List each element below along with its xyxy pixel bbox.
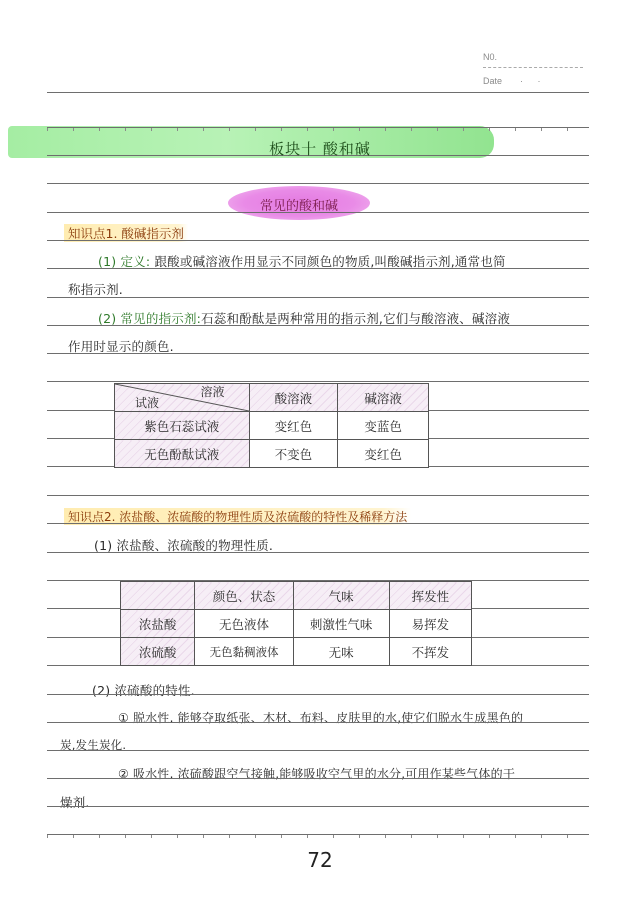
indicator-table: 溶液 试液 酸溶液 碱溶液 紫色石蕊试液 变红色 变蓝色 无色酚酞试液 不变色 … — [114, 383, 429, 468]
section-title: 板块十 酸和碱 — [0, 138, 640, 159]
table-cell: 无色液体 — [195, 610, 293, 638]
table-cell: 变蓝色 — [338, 412, 429, 440]
page-number: 72 — [0, 848, 640, 872]
table-cell: 不挥发 — [389, 638, 471, 666]
corner-header-solution: 溶液 — [201, 383, 225, 400]
ruled-line — [47, 353, 589, 354]
ruled-line — [47, 806, 589, 807]
table-cell: 刺激性气味 — [293, 610, 389, 638]
row-header: 浓盐酸 — [121, 610, 195, 638]
table-corner-cell: 溶液 试液 — [115, 384, 250, 412]
table-row: 浓硫酸 无色黏稠液体 无味 不挥发 — [121, 638, 472, 666]
column-header: 颜色、状态 — [195, 582, 293, 610]
ruled-line — [47, 297, 589, 298]
ruled-line — [47, 750, 589, 751]
acid-properties-table: 颜色、状态 气味 挥发性 浓盐酸 无色液体 刺激性气味 易挥发 浓硫酸 无色黏稠… — [120, 581, 472, 666]
ruled-line — [47, 694, 589, 695]
table-row: 紫色石蕊试液 变红色 变蓝色 — [115, 412, 429, 440]
ruled-line — [47, 183, 589, 184]
row-header: 无色酚酞试液 — [115, 440, 250, 468]
number-field-dotted-line — [483, 67, 583, 68]
column-header: 挥发性 — [389, 582, 471, 610]
corner-header-reagent: 试液 — [135, 394, 159, 411]
ruled-line — [47, 523, 589, 524]
table-cell: 不变色 — [249, 440, 338, 468]
ruled-line — [47, 240, 589, 241]
date-label: Date· · — [483, 76, 547, 86]
hygroscopic-line1: ② 吸水性. 浓硫酸跟空气接触,能够吸收空气里的水分,可用作某些气体的干 — [118, 765, 515, 782]
table-corner-cell — [121, 582, 195, 610]
ruled-line — [47, 325, 589, 326]
ruled-line — [47, 212, 589, 213]
column-header: 气味 — [293, 582, 389, 610]
column-header: 酸溶液 — [249, 384, 338, 412]
ruled-line — [47, 92, 589, 93]
ruled-line — [47, 778, 589, 779]
kp2-characteristics-label: (2) 浓硫酸的特性. — [92, 681, 195, 699]
ruled-line — [47, 722, 589, 723]
row-header: 紫色石蕊试液 — [115, 412, 250, 440]
ruled-line-ticked — [47, 127, 589, 134]
ruled-line — [47, 552, 589, 553]
table-cell: 易挥发 — [389, 610, 471, 638]
row-header: 浓硫酸 — [121, 638, 195, 666]
ruled-line — [47, 495, 589, 496]
ruled-line — [47, 381, 589, 382]
ruled-line-ticked — [47, 834, 589, 841]
column-header: 碱溶液 — [338, 384, 429, 412]
table-cell: 无色黏稠液体 — [195, 638, 293, 666]
number-label: N0. — [483, 52, 497, 62]
ruled-line — [47, 268, 589, 269]
table-cell: 变红色 — [338, 440, 429, 468]
hygroscopic-line2: 燥剂. — [60, 793, 90, 811]
table-cell: 变红色 — [249, 412, 338, 440]
table-cell: 无味 — [293, 638, 389, 666]
kp1-definition-line2: 称指示剂. — [68, 280, 123, 298]
table-row: 浓盐酸 无色液体 刺激性气味 易挥发 — [121, 610, 472, 638]
dehydration-line1: ① 脱水性. 能够夺取纸张、木材、布料、皮肤里的水,使它们脱水生成黑色的 — [118, 709, 523, 726]
table-row: 无色酚酞试液 不变色 变红色 — [115, 440, 429, 468]
